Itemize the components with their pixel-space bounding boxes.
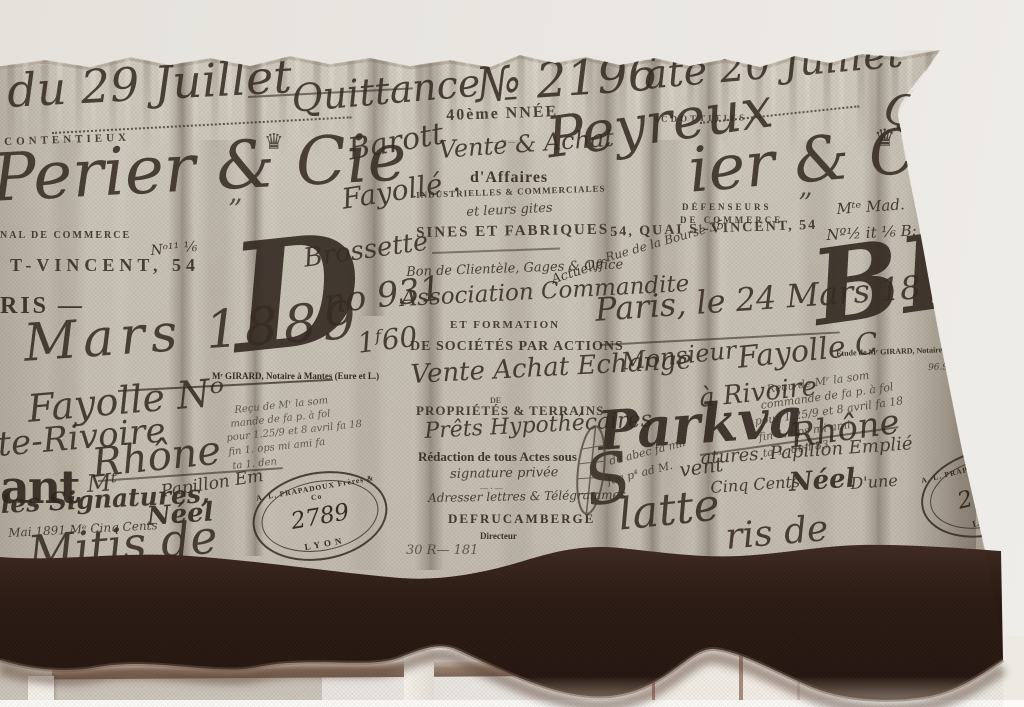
fabric-text: Cinq Cents [710, 474, 801, 496]
fabric-text: Mitis de [26, 513, 219, 575]
fabric-text: D'une [850, 473, 898, 492]
fabric-face: du 29 JuilletQuittance№ 2196ate 20 Juill… [0, 0, 1024, 707]
flourish-rule [432, 248, 560, 254]
fabric-text: T-VINCENT, 54 [10, 256, 200, 274]
fabric-text: Néel [788, 465, 856, 496]
fabric-text: signature privée [450, 466, 559, 481]
fabric-text: d'Affaires [470, 170, 548, 186]
fabric-print-layer: du 29 JuilletQuittance№ 2196ate 20 Juill… [0, 0, 1024, 707]
fabric-text: ” [798, 190, 812, 218]
fabric-text: DÉFENSEURS [682, 203, 772, 212]
fabric-text: NAL DE COMMERCE [0, 231, 131, 241]
fabric-text: Directeur [480, 532, 517, 541]
fabric-text: Rédaction de tous Actes sous [418, 450, 577, 463]
fabric-text: 30 R— 181 [406, 544, 478, 557]
fabric-text: et leurs gites [466, 201, 553, 219]
photo-of-valance: du 29 JuilletQuittance№ 2196ate 20 Juill… [0, 0, 1024, 707]
fabric-text: ris de [724, 511, 830, 556]
fabric-text: SINES ET FABRIQUES [416, 223, 609, 241]
fabric-text: ET FORMATION [450, 320, 560, 331]
fabric-text: Mᵗᵉ Mad. [836, 197, 905, 217]
fabric-text: latte [616, 483, 722, 537]
